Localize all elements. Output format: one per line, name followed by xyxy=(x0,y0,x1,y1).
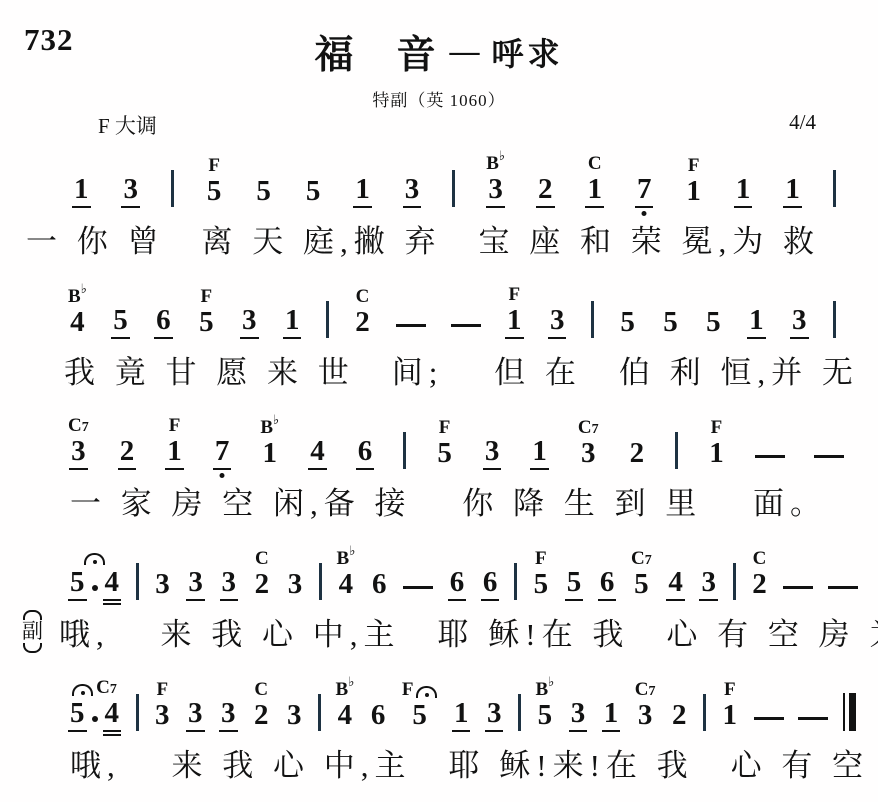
chord-label: C7 xyxy=(578,418,599,437)
barline xyxy=(703,694,706,732)
final-barline xyxy=(843,693,857,732)
note-digit: 5 xyxy=(111,306,130,339)
dash-note xyxy=(403,586,433,601)
note: F1 xyxy=(707,410,726,470)
page-title: 福 音 xyxy=(314,24,437,80)
note-annotations xyxy=(312,148,314,175)
note-digit: 3 xyxy=(240,306,259,339)
note-annotations xyxy=(712,279,714,306)
note-digit: 5 xyxy=(254,177,273,208)
note: 1 xyxy=(530,408,549,470)
music-system: C732F17B♭146F531C732F1 一 家 房 空 闲,备 接 你 降… xyxy=(0,400,878,531)
dash-note xyxy=(828,586,858,601)
note-digit: 6 xyxy=(370,570,389,601)
note-digit: 2 xyxy=(253,570,272,601)
refrain-mark: 副 xyxy=(22,610,43,653)
chord-label: F xyxy=(535,549,547,568)
note: B♭5 xyxy=(535,672,554,732)
flat-sign: ♭ xyxy=(548,674,554,689)
note: F3 xyxy=(153,672,172,732)
dash-note xyxy=(814,455,844,470)
note-annotations: F xyxy=(169,408,181,435)
note-digit: 1 xyxy=(530,437,549,470)
note-annotations xyxy=(493,670,495,697)
note-digit: 3 xyxy=(285,701,304,732)
refrain-paren-top xyxy=(23,610,42,620)
dash-note xyxy=(755,455,785,470)
note-annotations xyxy=(377,672,379,699)
note-annotations: C7 xyxy=(72,670,117,697)
music-system: C754F333C23B♭46F513B♭531C732F1 哦, 来 我 心 … xyxy=(0,662,878,793)
barline xyxy=(326,301,329,339)
chord-label: B♭ xyxy=(68,282,87,306)
note: C73 xyxy=(68,408,89,470)
note-annotations xyxy=(228,539,230,566)
refrain-paren-bottom xyxy=(23,643,42,653)
note: 1 xyxy=(783,146,802,208)
note: F1 xyxy=(684,148,703,208)
note-annotations xyxy=(130,146,132,173)
note: C2 xyxy=(252,672,271,732)
dash-note xyxy=(798,717,828,732)
music-system: 54333C23B♭4666F556C7543C2 副 哦, 来 我 心 中,主… xyxy=(0,531,878,662)
barline xyxy=(675,432,678,470)
note-digit: 4 xyxy=(308,437,327,470)
note-annotations: F xyxy=(156,672,168,699)
page-header: 732 福 音 — 呼求 特副（英 1060） F 大调 4/4 xyxy=(0,0,878,138)
note-digit: 1 xyxy=(165,437,184,470)
note: C73 xyxy=(578,410,599,470)
note-digit: 2 xyxy=(353,308,372,339)
note: 7 xyxy=(213,408,232,470)
chord-label: C xyxy=(753,549,767,568)
note-digit: 3 xyxy=(790,306,809,339)
note-digit: 7 xyxy=(635,175,654,208)
note: 1 xyxy=(747,277,766,339)
note-digit: 1 xyxy=(505,306,524,339)
chord-label: F xyxy=(724,680,736,699)
chord-label: C7 xyxy=(631,549,652,568)
lyrics-text: 一 家 房 空 闲,备 接 你 降 生 到 里 面。 xyxy=(70,478,827,523)
note: 1 xyxy=(283,277,302,339)
note-digit: 2 xyxy=(252,701,271,732)
note-digit: 6 xyxy=(448,568,467,601)
note-digit: 3 xyxy=(636,701,655,732)
barline xyxy=(318,694,321,732)
note-digit: 1 xyxy=(721,701,740,732)
lyrics-line: 我 竟 甘 愿 来 世 间; 但 在 伯 利 恒,并 无 xyxy=(0,339,878,399)
barline xyxy=(833,301,836,339)
note-digit: 5 xyxy=(632,570,651,601)
note: 2 xyxy=(628,410,647,470)
note: C2 xyxy=(253,541,272,601)
note-digit: 5 xyxy=(618,308,637,339)
note: 6 xyxy=(481,539,500,601)
note-digit: 5 xyxy=(410,701,429,732)
note-digit: 5 xyxy=(704,308,723,339)
note-digit: 3 xyxy=(69,437,88,470)
chord-label: F xyxy=(402,680,414,699)
note: B♭4 xyxy=(337,541,356,601)
music-system: B♭456F531C2F1355513 我 竟 甘 愿 来 世 间; 但 在 伯… xyxy=(0,269,878,400)
dotted-note-pair: 54 xyxy=(68,568,121,601)
note: 6 xyxy=(448,539,467,601)
note: C2 xyxy=(353,279,372,339)
page-subtitle-title: 呼求 xyxy=(492,29,564,75)
note-digit: 5 xyxy=(532,570,551,601)
note-digit: 3 xyxy=(483,437,502,470)
note-annotations xyxy=(643,146,645,173)
note-annotations: C xyxy=(588,146,602,173)
notation-line: B♭456F531C2F1355513 xyxy=(0,269,878,339)
note-annotations xyxy=(378,541,380,568)
note-annotations xyxy=(678,672,680,699)
note-annotations xyxy=(263,148,265,175)
note-annotations: F xyxy=(402,672,438,699)
note-digit: 6 xyxy=(356,437,375,470)
note-annotations xyxy=(294,541,296,568)
note-annotations xyxy=(606,539,608,566)
fermata-icon xyxy=(416,686,437,698)
note-annotations xyxy=(539,408,541,435)
augmentation-dot xyxy=(92,716,98,722)
note-annotations: C7 xyxy=(68,408,89,435)
note-digit: 5 xyxy=(661,308,680,339)
note-digit: 1 xyxy=(783,175,802,208)
note-digit: 2 xyxy=(536,175,555,208)
lyrics-text: 一 你 曾 离 天 庭,撇 弃 宝 座 和 荣 冕,为 救 xyxy=(26,216,820,261)
barline xyxy=(452,170,455,208)
lyrics-text: 哦, 来 我 心 中,主 耶 稣!在 我 心 有 空 房 为 着 你; xyxy=(59,609,878,654)
note-digit: 3 xyxy=(219,699,238,732)
barline xyxy=(591,301,594,339)
note-digit: 5 xyxy=(205,177,224,208)
note: 6 xyxy=(370,541,389,601)
chord-label: B♭ xyxy=(336,675,355,699)
barline xyxy=(136,694,139,732)
note: F5 xyxy=(197,279,216,339)
note: 3 xyxy=(220,539,239,601)
key-row: F 大调 4/4 xyxy=(0,110,878,140)
refrain-label: 副 xyxy=(22,621,43,642)
fermata-icon xyxy=(72,684,93,696)
note-annotations: F xyxy=(201,279,213,306)
note: 2 xyxy=(118,408,137,470)
note-digit: 6 xyxy=(154,306,173,339)
note-digit: 3 xyxy=(548,306,567,339)
barline xyxy=(319,563,322,601)
note-annotations xyxy=(162,277,164,304)
note: 1 xyxy=(353,146,372,208)
note-digit: 7 xyxy=(213,437,232,470)
lyrics-line: 哦, 来 我 心 中,主 耶 稣!来!在 我 心 有 空 房 为 你。 xyxy=(0,732,878,792)
chord-label: F xyxy=(156,680,168,699)
note: 3 xyxy=(121,146,140,208)
note-annotations xyxy=(84,539,105,566)
note-digit: 4 xyxy=(103,699,122,732)
notation-line: 54333C23B♭4666F556C7543C2 xyxy=(0,531,878,601)
lyrics-line: 一 家 房 空 闲,备 接 你 降 生 到 里 面。 xyxy=(0,470,878,530)
note-digit: 5 xyxy=(565,568,584,601)
chord-label: C xyxy=(356,287,370,306)
note: 1 xyxy=(72,146,91,208)
note-annotations xyxy=(120,277,122,304)
note-annotations xyxy=(675,539,677,566)
note-annotations xyxy=(316,408,318,435)
flat-sign: ♭ xyxy=(273,412,279,427)
lyrics-text: 我 竟 甘 愿 来 世 间; 但 在 伯 利 恒,并 无 xyxy=(64,347,859,392)
note: 5 xyxy=(254,148,273,208)
note-digit: 2 xyxy=(118,437,137,470)
chord-number: 7 xyxy=(645,553,652,568)
note-annotations: C7 xyxy=(631,541,652,568)
note: B♭4 xyxy=(68,279,87,339)
note: 1 xyxy=(452,670,471,732)
chord-label: F xyxy=(508,285,520,304)
note: F5 xyxy=(435,410,454,470)
note: 5 xyxy=(704,279,723,339)
note-annotations xyxy=(792,146,794,173)
note-annotations: F xyxy=(439,410,451,437)
flat-sign: ♭ xyxy=(499,148,505,163)
time-signature: 4/4 xyxy=(789,110,816,140)
dash-note xyxy=(754,717,784,732)
note-digit: 3 xyxy=(286,570,305,601)
note-annotations xyxy=(460,670,462,697)
note-annotations: F xyxy=(688,148,700,175)
note-digit: 6 xyxy=(481,568,500,601)
note-digit: 5 xyxy=(68,568,87,601)
note: 3 xyxy=(485,670,504,732)
note: B♭1 xyxy=(260,410,279,470)
note-digit: 5 xyxy=(435,439,454,470)
note-annotations xyxy=(248,277,250,304)
note-digit: 1 xyxy=(684,177,703,208)
note: 3 xyxy=(186,539,205,601)
lyrics-line: 副 哦, 来 我 心 中,主 耶 稣!在 我 心 有 空 房 为 着 你; xyxy=(0,601,878,661)
chord-label: F xyxy=(688,156,700,175)
note: C75 xyxy=(631,541,652,601)
note: 1 xyxy=(734,146,753,208)
note: F5 xyxy=(402,672,438,732)
note-annotations xyxy=(364,408,366,435)
note: 4 xyxy=(666,539,685,601)
note: 1 xyxy=(602,670,621,732)
note-annotations xyxy=(489,539,491,566)
hymnal-page: 732 福 音 — 呼求 特副（英 1060） F 大调 4/4 13F5551… xyxy=(0,0,878,802)
dash-note xyxy=(396,324,426,339)
note-digit: 1 xyxy=(72,175,91,208)
note: 6 xyxy=(369,672,388,732)
note-annotations xyxy=(742,146,744,173)
note-digit: 4 xyxy=(336,701,355,732)
note: 3 xyxy=(790,277,809,339)
note-annotations xyxy=(291,277,293,304)
flat-sign: ♭ xyxy=(349,543,355,558)
note-annotations: B♭ xyxy=(336,672,355,699)
note: 3 xyxy=(569,670,588,732)
note-digit: 5 xyxy=(536,701,555,732)
note-annotations xyxy=(627,279,629,306)
note-digit: 2 xyxy=(628,439,647,470)
barline xyxy=(403,432,406,470)
note: F1 xyxy=(505,277,524,339)
note: 3 xyxy=(240,277,259,339)
note-annotations xyxy=(456,539,458,566)
note-annotations xyxy=(755,277,757,304)
note-annotations: F xyxy=(711,410,723,437)
note: 3 xyxy=(285,672,304,732)
note-digit: 3 xyxy=(220,568,239,601)
note-digit: 3 xyxy=(186,699,205,732)
note-digit: 2 xyxy=(750,570,769,601)
chord-label: F xyxy=(711,418,723,437)
music-system: 13F55513B♭32C17F111 一 你 曾 离 天 庭,撇 弃 宝 座 … xyxy=(0,138,878,269)
note: 6 xyxy=(598,539,617,601)
note: 5 xyxy=(565,539,584,601)
dash-note xyxy=(451,324,481,339)
barline xyxy=(171,170,174,208)
note: B♭4 xyxy=(336,672,355,732)
chord-label: F xyxy=(201,287,213,306)
note: C73 xyxy=(635,672,656,732)
note-digit: 4 xyxy=(666,568,685,601)
note-annotations xyxy=(669,279,671,306)
tune-reference: 特副（英 1060） xyxy=(0,86,878,111)
note: 3 xyxy=(219,670,238,732)
note-annotations xyxy=(362,146,364,173)
note: C754 xyxy=(68,670,121,732)
chord-label: C7 xyxy=(96,678,117,697)
chord-label: C xyxy=(254,680,268,699)
chord-label: B♭ xyxy=(260,413,279,437)
note: 5 xyxy=(661,279,680,339)
note-annotations: C7 xyxy=(635,672,656,699)
note-annotations xyxy=(491,408,493,435)
note: 3 xyxy=(548,277,567,339)
note-digit: 3 xyxy=(153,570,172,601)
note-annotations: F xyxy=(724,672,736,699)
barline xyxy=(518,694,521,732)
note-digit: 6 xyxy=(598,568,617,601)
note-annotations: C xyxy=(255,541,269,568)
fermata-icon xyxy=(84,553,105,565)
note-digit: 1 xyxy=(747,306,766,339)
note: 2 xyxy=(536,146,555,208)
note-annotations: C7 xyxy=(578,410,599,437)
note: 3 xyxy=(286,541,305,601)
note: C1 xyxy=(585,146,604,208)
note-digit: 1 xyxy=(602,699,621,732)
note-digit: 3 xyxy=(579,439,598,470)
note-annotations xyxy=(556,277,558,304)
note-annotations xyxy=(162,541,164,568)
notation-line: C754F333C23B♭46F513B♭531C732F1 xyxy=(0,662,878,732)
note: F1 xyxy=(165,408,184,470)
note-digit: 4 xyxy=(337,570,356,601)
barline xyxy=(833,170,836,208)
note-annotations xyxy=(708,539,710,566)
note-annotations: F xyxy=(508,277,520,304)
note-annotations: C xyxy=(753,541,767,568)
note: 5 xyxy=(618,279,637,339)
note: 5 xyxy=(111,277,130,339)
note: 5 xyxy=(304,148,323,208)
note-annotations xyxy=(577,670,579,697)
note-annotations: B♭ xyxy=(68,279,87,306)
barline xyxy=(514,563,517,601)
note-digit: 4 xyxy=(103,568,122,601)
chord-label: C xyxy=(255,549,269,568)
chord-number: 7 xyxy=(649,684,656,699)
title-dash: — xyxy=(450,35,480,69)
chord-label: F xyxy=(208,156,220,175)
dotted-note-pair: 54 xyxy=(68,699,121,732)
note-digit: 3 xyxy=(121,175,140,208)
note: 3 xyxy=(153,541,172,601)
note-annotations xyxy=(411,146,413,173)
chord-label: B♭ xyxy=(337,544,356,568)
note-digit: 5 xyxy=(68,699,87,732)
title-row: 福 音 — 呼求 xyxy=(0,24,878,80)
note: 2 xyxy=(670,672,689,732)
note: 54 xyxy=(68,539,121,601)
chord-label: C7 xyxy=(635,680,656,699)
note-annotations: C xyxy=(356,279,370,306)
note-digit: 1 xyxy=(707,439,726,470)
note-digit: 1 xyxy=(585,175,604,208)
note-annotations xyxy=(610,670,612,697)
note-annotations xyxy=(80,146,82,173)
note-annotations xyxy=(636,410,638,437)
note-digit: 1 xyxy=(283,306,302,339)
flat-sign: ♭ xyxy=(348,674,354,689)
note: 4 xyxy=(308,408,327,470)
note-annotations xyxy=(573,539,575,566)
note-digit: 3 xyxy=(186,568,205,601)
note-annotations xyxy=(293,672,295,699)
note-annotations: B♭ xyxy=(260,410,279,437)
note: 6 xyxy=(154,277,173,339)
note: 3 xyxy=(403,146,422,208)
note-digit: 5 xyxy=(197,308,216,339)
note-digit: 1 xyxy=(734,175,753,208)
note-digit: 1 xyxy=(261,439,280,470)
note-digit: 3 xyxy=(486,175,505,208)
note-annotations xyxy=(195,539,197,566)
chord-number: 7 xyxy=(110,682,117,697)
note-annotations xyxy=(194,670,196,697)
notation-line: 13F55513B♭32C17F111 xyxy=(0,138,878,208)
key-signature: F 大调 xyxy=(98,110,157,140)
augmentation-dot xyxy=(92,585,98,591)
note: 3 xyxy=(699,539,718,601)
note-digit: 1 xyxy=(353,175,372,208)
note-annotations: C xyxy=(254,672,268,699)
chord-number: 7 xyxy=(82,420,89,435)
note-digit: 3 xyxy=(569,699,588,732)
note-annotations: F xyxy=(535,541,547,568)
barline xyxy=(733,563,736,601)
chord-label: C xyxy=(588,154,602,173)
note-annotations: B♭ xyxy=(486,146,505,173)
note-annotations xyxy=(126,408,128,435)
lyrics-text: 哦, 来 我 心 中,主 耶 稣!来!在 我 心 有 空 房 为 你。 xyxy=(70,740,878,785)
note: F1 xyxy=(721,672,740,732)
note: 3 xyxy=(483,408,502,470)
note-annotations: F xyxy=(208,148,220,175)
note-digit: 2 xyxy=(670,701,689,732)
